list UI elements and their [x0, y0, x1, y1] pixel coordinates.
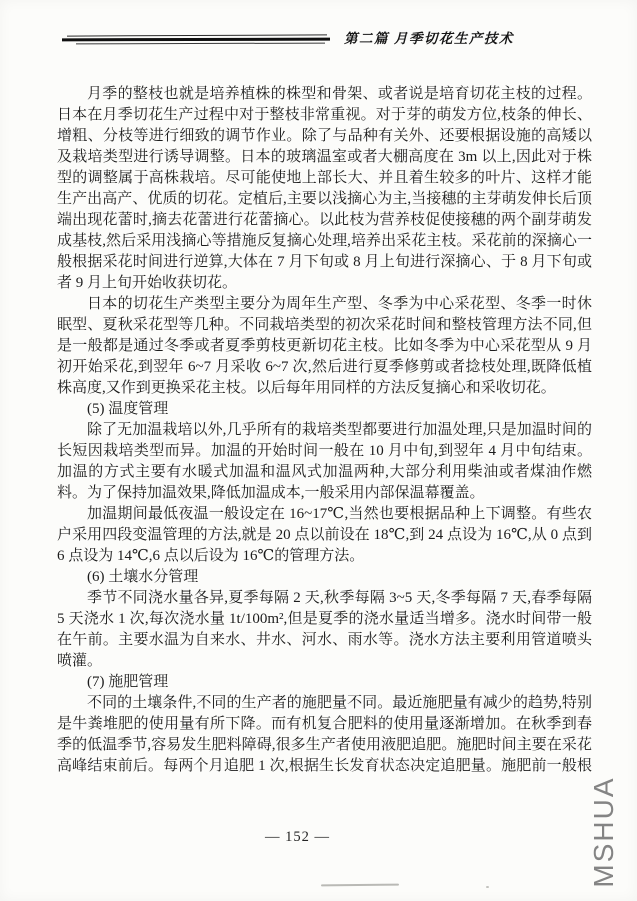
section-heading-soil-moisture: (6) 土壤水分管理: [57, 567, 592, 588]
body-paragraph: 季节不同浇水量各异,夏季每隔 2 天,秋季每隔 3~5 天,冬季每隔 7 天,春…: [57, 588, 592, 672]
header-rule: [62, 35, 330, 44]
scan-smudge-line: [321, 884, 399, 887]
body-paragraph: 日本的切花生产类型主要分为周年生产型、冬季为中心采花型、冬季一时休眠型、夏秋采花…: [57, 294, 592, 399]
section-heading-temperature: (5) 温度管理: [57, 399, 592, 420]
header-rule-thin-top: [67, 34, 327, 36]
body-paragraph: 不同的土壤条件,不同的生产者的施肥量不同。最近施肥量有减少的趋势,特别是牛粪堆肥…: [57, 693, 592, 774]
header-rule-thick: [62, 38, 330, 42]
header-rule-thin-bottom: [76, 43, 325, 45]
page-number: — 152 —: [30, 829, 565, 846]
scan-smudge-dot: [486, 886, 489, 888]
body-paragraph: 月季的整枝也就是培养植株的株型和骨架、或者说是培育切花主枝的过程。日本在月季切花…: [57, 84, 592, 294]
page-body: 月季的整枝也就是培养植株的株型和骨架、或者说是培育切花主枝的过程。日本在月季切花…: [57, 84, 592, 774]
scanned-page: 第二篇 月季切花生产技术 月季的整枝也就是培养植株的株型和骨架、或者说是培育切花…: [0, 0, 637, 901]
body-paragraph: 除了无加温栽培以外,几乎所有的栽培类型都要进行加温处理,只是加温时间的长短因栽培…: [57, 420, 592, 504]
section-heading-fertilization: (7) 施肥管理: [57, 672, 592, 693]
body-paragraph: 加温期间最低夜温一般设定在 16~17℃,当然也要根据品种上下调整。有些农户采用…: [57, 504, 592, 567]
running-head-title: 第二篇 月季切花生产技术: [344, 27, 514, 47]
watermark-mshua: MSHUA: [588, 776, 620, 887]
